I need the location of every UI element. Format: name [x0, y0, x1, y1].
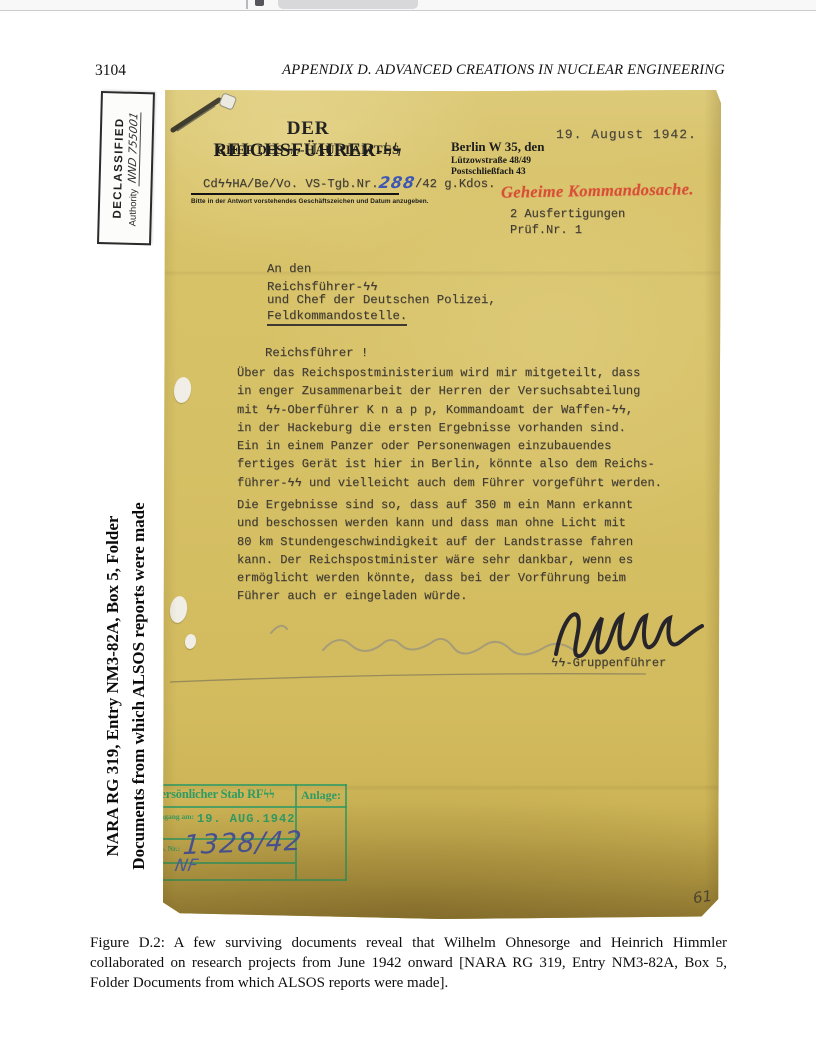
receipt-to-handwritten: NF: [173, 856, 199, 876]
receipt-stamp: Persönlicher Stab RFϟϟ Anlage: Eingang a…: [163, 784, 347, 881]
recipient-line2: Reichsführer-ϟϟ: [267, 280, 378, 294]
authority-label: Authority: [127, 189, 139, 227]
body-paragraph-1: Über das Reichspostministerium wird mir …: [237, 366, 677, 494]
archive-source-note: NARA RG 319, Entry NM3-82A, Box 5, Folde…: [100, 460, 156, 912]
toolbar-field-remnant[interactable]: [278, 0, 418, 9]
copies-count: 2 Ausfertigungen: [510, 207, 625, 221]
recipient-line4: Feldkommandostelle.: [267, 309, 407, 323]
figure-caption: Figure D.2: A few surviving documents re…: [90, 933, 727, 993]
body-paragraph-2: Die Ergebnisse sind so, dass auf 350 m e…: [237, 498, 677, 608]
toolbar-separator: [246, 0, 248, 9]
paper-tear-mark: [184, 633, 197, 649]
archive-note-line2: Documents from which ALSOS reports were …: [126, 460, 152, 912]
punch-hole-bottom: [168, 595, 189, 624]
archive-note-line1: NARA RG 319, Entry NM3-82A, Box 5, Folde…: [100, 460, 126, 912]
running-header: APPENDIX D. ADVANCED CREATIONS IN NUCLEA…: [200, 62, 725, 79]
viewer-toolbar-remnant: [0, 0, 816, 10]
reply-instruction-note: Bitte in der Antwort vorstehendes Geschä…: [191, 198, 429, 205]
receipt-diary-number-handwritten: 1328/42: [182, 826, 304, 861]
receipt-received-label: Eingang am:: [163, 812, 195, 821]
check-number: Prüf.Nr. 1: [510, 223, 582, 237]
typed-date: 19. August 1942.: [556, 127, 697, 142]
file-ref-prefix: CdϟϟHA/Be/Vo. VS-Tgb.Nr.: [203, 177, 379, 191]
sender-subtitle: CHEF DES ϟϟ-HAUPTAMTES: [203, 142, 413, 158]
punch-hole-top: [172, 376, 192, 404]
secret-classification-stamp: Geheime Kommandosache.: [501, 179, 694, 202]
letterhead-street: Lützowstraße 48/49: [451, 156, 531, 166]
recipient-line3: und Chef der Deutschen Polizei,: [267, 293, 496, 307]
receipt-stamp-enclosure-label: Anlage:: [301, 788, 341, 803]
file-ref-number-handwritten: 288: [377, 173, 416, 192]
receipt-stamp-org: Persönlicher Stab RFϟϟ: [163, 787, 274, 802]
book-page: 3104 APPENDIX D. ADVANCED CREATIONS IN N…: [0, 10, 816, 1056]
handwritten-page-mark: 61: [692, 887, 713, 907]
file-ref-suffix: /42 g.Kdos.: [415, 177, 495, 191]
receipt-diary-label: Tgb. Nr.:: [163, 844, 180, 853]
letterhead-city: Berlin W 35, den: [451, 139, 544, 155]
declassified-stamp: DECLASSIFIED Authority NND 755001: [97, 91, 155, 245]
scanned-document: DER REICHSFÜHRER-ϟϟ CHEF DES ϟϟ-HAUPTAMT…: [163, 90, 721, 919]
letterhead-pobox: Postschließfach 43: [451, 167, 526, 177]
recipient-line1: An den: [267, 262, 311, 276]
pencil-line: [168, 666, 653, 688]
receipt-received-date: 19. AUG.1942: [197, 812, 295, 826]
page-number: 3104: [95, 62, 126, 80]
salutation: Reichsführer !: [265, 346, 368, 360]
authority-number-handwritten: NND 755001: [125, 109, 141, 187]
toolbar-button-fragment[interactable]: [255, 0, 264, 6]
letterhead-rule: [191, 193, 399, 195]
